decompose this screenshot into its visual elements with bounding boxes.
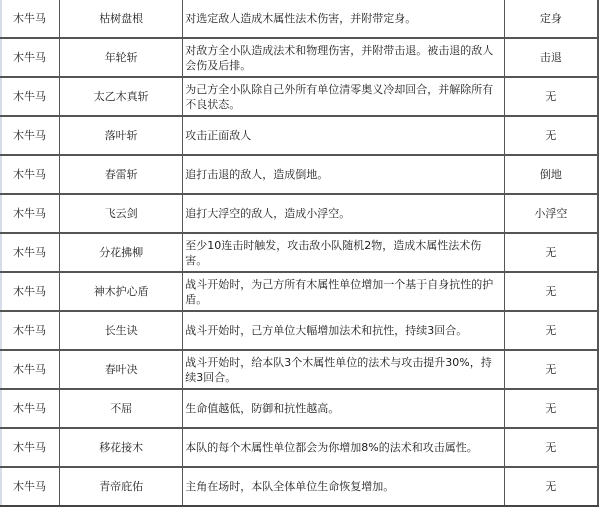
table-row: 木牛马 年轮斩 对敌方全小队造成法术和物理伤害，并附带击退。被击退的敌人会伤及后…	[0, 38, 598, 77]
skill-name-cell: 落叶斩	[60, 116, 183, 155]
effect-cell: 小浮空	[504, 194, 598, 233]
description-cell: 至少10连击时触发，攻击敌小队随机2物，造成木属性法术伤害。	[183, 233, 505, 272]
unit-cell: 木牛马	[0, 38, 60, 77]
skill-name-cell: 青帝庇佑	[60, 467, 183, 506]
unit-cell: 木牛马	[0, 155, 60, 194]
skill-name-cell: 太乙木真斩	[60, 77, 183, 116]
unit-cell: 木牛马	[0, 0, 60, 38]
table-row: 木牛马 长生诀 战斗开始时，己方单位大幅增加法术和抗性，持续3回合。 无	[0, 311, 598, 350]
description-cell: 攻击正面敌人	[183, 116, 505, 155]
unit-cell: 木牛马	[0, 77, 60, 116]
effect-cell: 无	[504, 428, 598, 467]
effect-cell: 击退	[504, 38, 598, 77]
skill-name-cell: 移花接木	[60, 428, 183, 467]
skill-name-cell: 分花拂柳	[60, 233, 183, 272]
skill-name-cell: 不屈	[60, 389, 183, 428]
unit-cell: 木牛马	[0, 194, 60, 233]
unit-cell: 木牛马	[0, 389, 60, 428]
effect-cell: 无	[504, 389, 598, 428]
unit-cell: 木牛马	[0, 428, 60, 467]
skill-name-cell: 飞云剑	[60, 194, 183, 233]
skill-name-cell: 长生诀	[60, 311, 183, 350]
effect-cell: 无	[504, 116, 598, 155]
unit-cell: 木牛马	[0, 272, 60, 311]
description-cell: 战斗开始时，为己方所有木属性单位增加一个基于自身抗性的护盾。	[183, 272, 505, 311]
effect-cell: 无	[504, 350, 598, 389]
unit-cell: 木牛马	[0, 350, 60, 389]
skill-table: 木牛马 枯树盘根 对选定敌人造成木属性法术伤害，并附带定身。 定身 木牛马 年轮…	[0, 0, 599, 507]
description-cell: 对敌方全小队造成法术和物理伤害，并附带击退。被击退的敌人会伤及后排。	[183, 38, 505, 77]
table-row: 木牛马 青帝庇佑 主角在场时，本队全体单位生命恢复增加。 无	[0, 467, 598, 506]
table-row: 木牛马 移花接木 本队的每个木属性单位都会为你增加8%的法术和攻击属性。 无	[0, 428, 598, 467]
table-row: 木牛马 太乙木真斩 为己方全小队除自己外所有单位清零奥义冷却回合，并解除所有不良…	[0, 77, 598, 116]
effect-cell: 无	[504, 467, 598, 506]
skill-name-cell: 年轮斩	[60, 38, 183, 77]
skill-name-cell: 春叶决	[60, 350, 183, 389]
skill-name-cell: 枯树盘根	[60, 0, 183, 38]
description-cell: 战斗开始时，己方单位大幅增加法术和抗性，持续3回合。	[183, 311, 505, 350]
effect-cell: 倒地	[504, 155, 598, 194]
effect-cell: 定身	[504, 0, 598, 38]
description-cell: 主角在场时，本队全体单位生命恢复增加。	[183, 467, 505, 506]
description-cell: 本队的每个木属性单位都会为你增加8%的法术和攻击属性。	[183, 428, 505, 467]
description-cell: 追打击退的敌人，造成倒地。	[183, 155, 505, 194]
table-row: 木牛马 落叶斩 攻击正面敌人 无	[0, 116, 598, 155]
description-cell: 战斗开始时，给本队3个木属性单位的法术与攻击提升30%，持续3回合。	[183, 350, 505, 389]
table-row: 木牛马 神木护心盾 战斗开始时，为己方所有木属性单位增加一个基于自身抗性的护盾。…	[0, 272, 598, 311]
unit-cell: 木牛马	[0, 233, 60, 272]
effect-cell: 无	[504, 311, 598, 350]
effect-cell: 无	[504, 233, 598, 272]
description-cell: 对选定敌人造成木属性法术伤害，并附带定身。	[183, 0, 505, 38]
skill-name-cell: 神木护心盾	[60, 272, 183, 311]
table-row: 木牛马 春雷斩 追打击退的敌人，造成倒地。 倒地	[0, 155, 598, 194]
effect-cell: 无	[504, 272, 598, 311]
table-row: 木牛马 不屈 生命值越低，防御和抗性越高。 无	[0, 389, 598, 428]
table-row: 木牛马 春叶决 战斗开始时，给本队3个木属性单位的法术与攻击提升30%，持续3回…	[0, 350, 598, 389]
description-cell: 追打大浮空的敌人，造成小浮空。	[183, 194, 505, 233]
table-row: 木牛马 枯树盘根 对选定敌人造成木属性法术伤害，并附带定身。 定身	[0, 0, 598, 38]
table-row: 木牛马 飞云剑 追打大浮空的敌人，造成小浮空。 小浮空	[0, 194, 598, 233]
unit-cell: 木牛马	[0, 467, 60, 506]
unit-cell: 木牛马	[0, 116, 60, 155]
unit-cell: 木牛马	[0, 311, 60, 350]
skill-name-cell: 春雷斩	[60, 155, 183, 194]
description-cell: 为己方全小队除自己外所有单位清零奥义冷却回合，并解除所有不良状态。	[183, 77, 505, 116]
effect-cell: 无	[504, 77, 598, 116]
table-row: 木牛马 分花拂柳 至少10连击时触发，攻击敌小队随机2物，造成木属性法术伤害。 …	[0, 233, 598, 272]
description-cell: 生命值越低，防御和抗性越高。	[183, 389, 505, 428]
